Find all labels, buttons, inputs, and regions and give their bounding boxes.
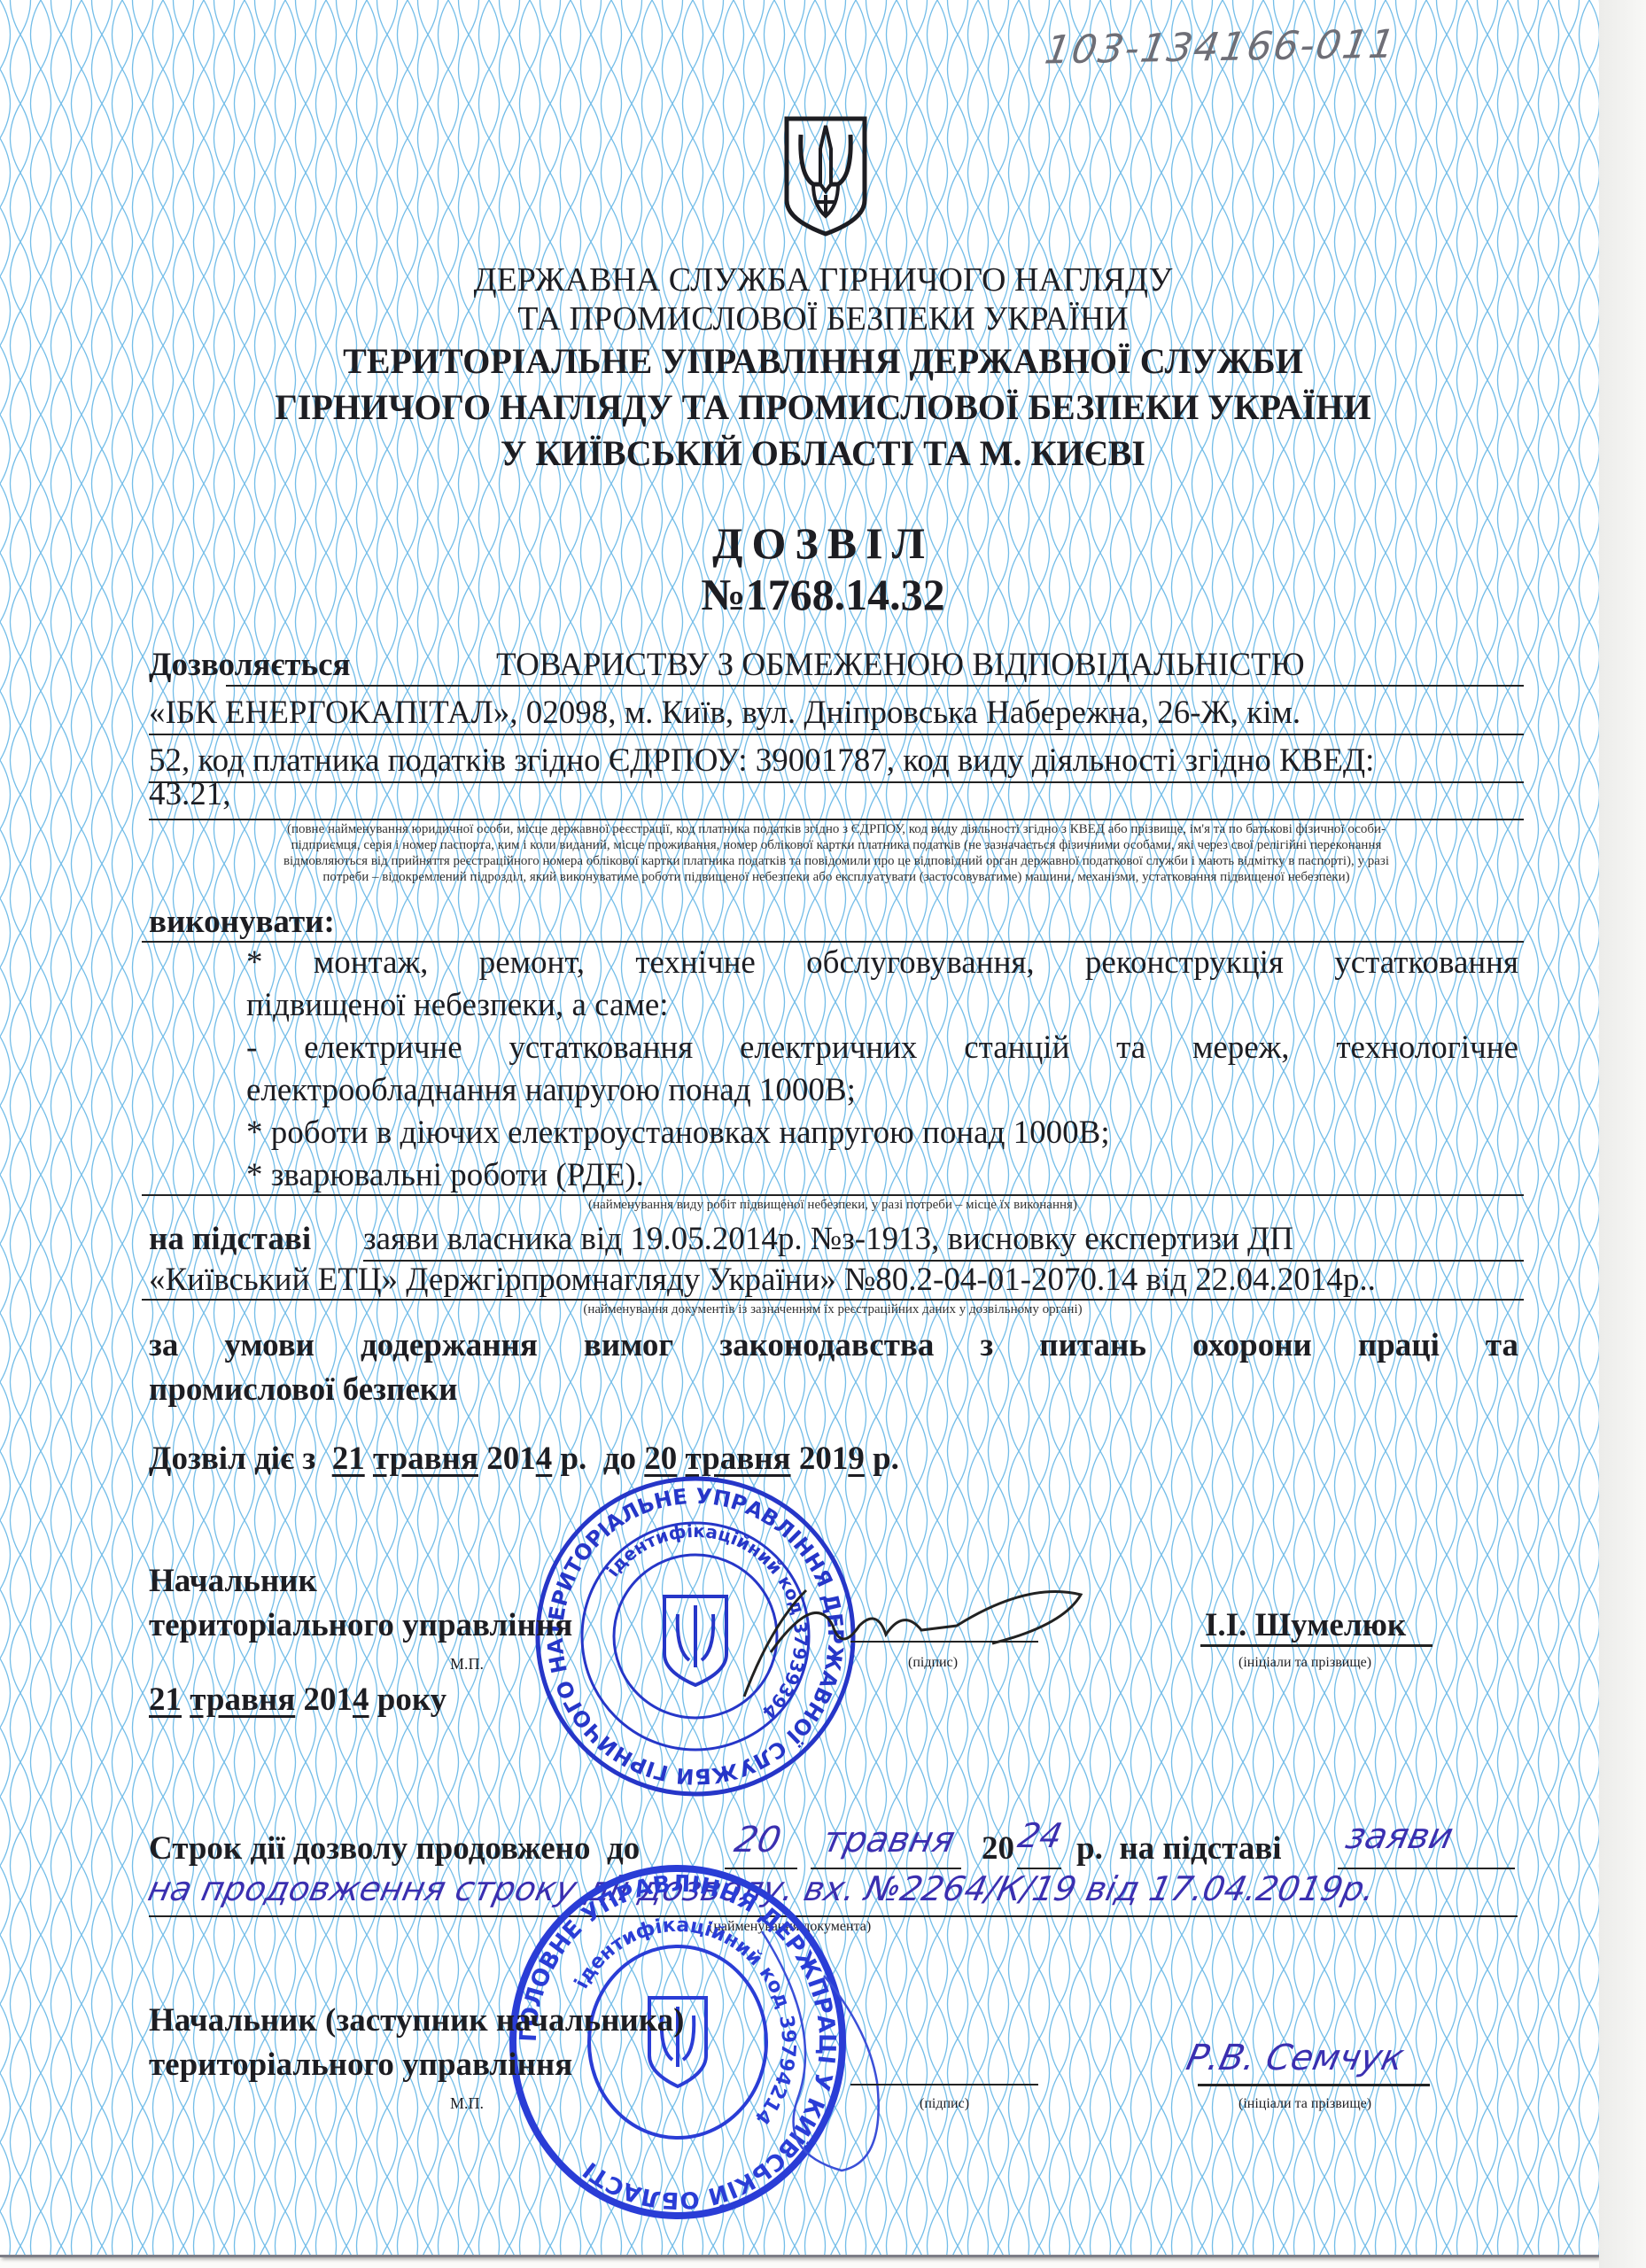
document-title: ДОЗВІЛ: [0, 517, 1599, 569]
works-item: підвищеної небезпеки, а саме:: [246, 987, 669, 1024]
works-item: * зварювальні роботи (РДЕ).: [246, 1157, 644, 1194]
trident-coat-of-arms-icon: [781, 113, 870, 237]
signatory1-title-line1: Начальник: [149, 1563, 317, 1600]
extension-year-prefix: 20: [982, 1830, 1014, 1868]
scan-edge: [1599, 0, 1646, 2268]
grantee-note-line4: потреби – відокремлений підрозділ, який …: [149, 870, 1524, 885]
works-label: виконувати:: [149, 904, 335, 941]
extension-day-handwritten: 20: [731, 1820, 785, 1860]
works-item: * монтаж, ремонт, технічне обслуговуванн…: [246, 944, 1518, 982]
seal-place-label: М.П.: [450, 1655, 484, 1674]
extension-year-handwritten: 24: [1014, 1816, 1066, 1855]
grantee-line3: 52, код платника податків згідно ЄДРПОУ:…: [149, 742, 1374, 780]
underline: [226, 685, 1524, 687]
signatory1-name: І.І. Шумелюк: [1205, 1607, 1406, 1644]
works-note: (найменування виду робіт підвищеної небе…: [142, 1198, 1524, 1213]
extension-prefix: Строк дії дозволу продовжено до: [149, 1830, 640, 1868]
seal-place-label: М.П.: [450, 2094, 484, 2113]
signatory2-title-line2: територіального управління: [149, 2047, 572, 2084]
works-item: - електричне устатковання електричних ст…: [246, 1029, 1518, 1067]
office-name-line1: ТЕРИТОРІАЛЬНЕ УПРАВЛІННЯ ДЕРЖАВНОЇ СЛУЖБ…: [0, 342, 1599, 381]
grantee-line2: «ІБК ЕНЕРГОКАПІТАЛ», 02098, м. Київ, вул…: [149, 695, 1300, 732]
handwritten-registration-number: 103-134166-011: [1042, 21, 1400, 73]
name-label: (ініціали та прізвище): [1238, 2096, 1371, 2112]
office-name-line3: У КИЇВСЬКІЙ ОБЛАСТІ ТА М. КИЄВІ: [0, 434, 1599, 473]
signature-label: (підпис): [850, 2096, 1038, 2112]
name-underline: [1198, 2084, 1430, 2086]
underline: [149, 734, 1524, 735]
works-item: електрообладнання напругою понад 1000В;: [246, 1072, 856, 1109]
basis-line2: «Київський ЕТЦ» Держгірпромнагляду Украї…: [149, 1262, 1376, 1299]
signature1-date: 21 травня 2014 року: [149, 1682, 446, 1719]
underline: [142, 1299, 1524, 1301]
underline: [142, 941, 1524, 943]
condition-line1: за умови додержання вимог законодавства …: [149, 1327, 1518, 1364]
name-label: (ініціали та прізвище): [1238, 1655, 1371, 1671]
grantee-note-line1: (повне найменування юридичної особи, міс…: [149, 822, 1524, 837]
agency-name-line1: ДЕРЖАВНА СЛУЖБА ГІРНИЧОГО НАГЛЯДУ: [0, 262, 1599, 298]
extension-basis-label: р. на підставі: [1076, 1830, 1282, 1868]
works-item: * роботи в діючих електроустановках напр…: [246, 1115, 1110, 1152]
grantee-note-line3: відмовляються від прийняття реєстраційно…: [149, 854, 1524, 869]
condition-line2: промислової безпеки: [149, 1371, 457, 1409]
signature-label: (підпис): [908, 1655, 958, 1671]
basis-note: (найменування документів із зазначенням …: [142, 1302, 1524, 1317]
office-name-line2: ГІРНИЧОГО НАГЛЯДУ ТА ПРОМИСЛОВОЇ БЕЗПЕКИ…: [0, 388, 1599, 427]
signatory1-title-line2: територіального управління: [149, 1607, 572, 1644]
extension-month-handwritten: травня: [819, 1820, 959, 1860]
grantee-note-line2: підприємця, серія і номер паспорта, ким …: [149, 838, 1524, 853]
underline: [149, 819, 1524, 820]
grantee-line1: ТОВАРИСТВУ З ОБМЕЖЕНОЮ ВІДПОВІДАЛЬНІСТЮ: [496, 647, 1305, 684]
extension-basis-handwritten-line1: заяви: [1342, 1816, 1456, 1857]
name-underline: [1200, 1644, 1432, 1647]
grantee-label: Дозволяється: [149, 647, 351, 684]
underline: [149, 781, 1524, 783]
permit-number: №1768.14.32: [0, 569, 1599, 620]
signature2-handwriting: [744, 1922, 921, 2179]
basis-line1: заяви власника від 19.05.2014р. №з-1913,…: [363, 1221, 1293, 1258]
signatory2-name-handwritten: Р.В. Семчук: [1183, 2038, 1408, 2078]
signature1-handwriting: [709, 1573, 1099, 1705]
underline: [142, 1194, 1524, 1196]
permit-sheet: 103-134166-011 ДЕРЖАВНА СЛУЖБА ГІРНИЧОГО…: [0, 0, 1599, 2257]
signature-line: [850, 2084, 1038, 2085]
signature-line: [850, 1641, 1038, 1643]
agency-name-line2: ТА ПРОМИСЛОВОЇ БЕЗПЕКИ УКРАЇНИ: [0, 301, 1599, 337]
basis-label: на підставі: [149, 1221, 311, 1258]
grantee-line4: 43.21,: [149, 776, 231, 813]
signatory2-title-line1: Начальник (заступник начальника): [149, 2002, 684, 2039]
